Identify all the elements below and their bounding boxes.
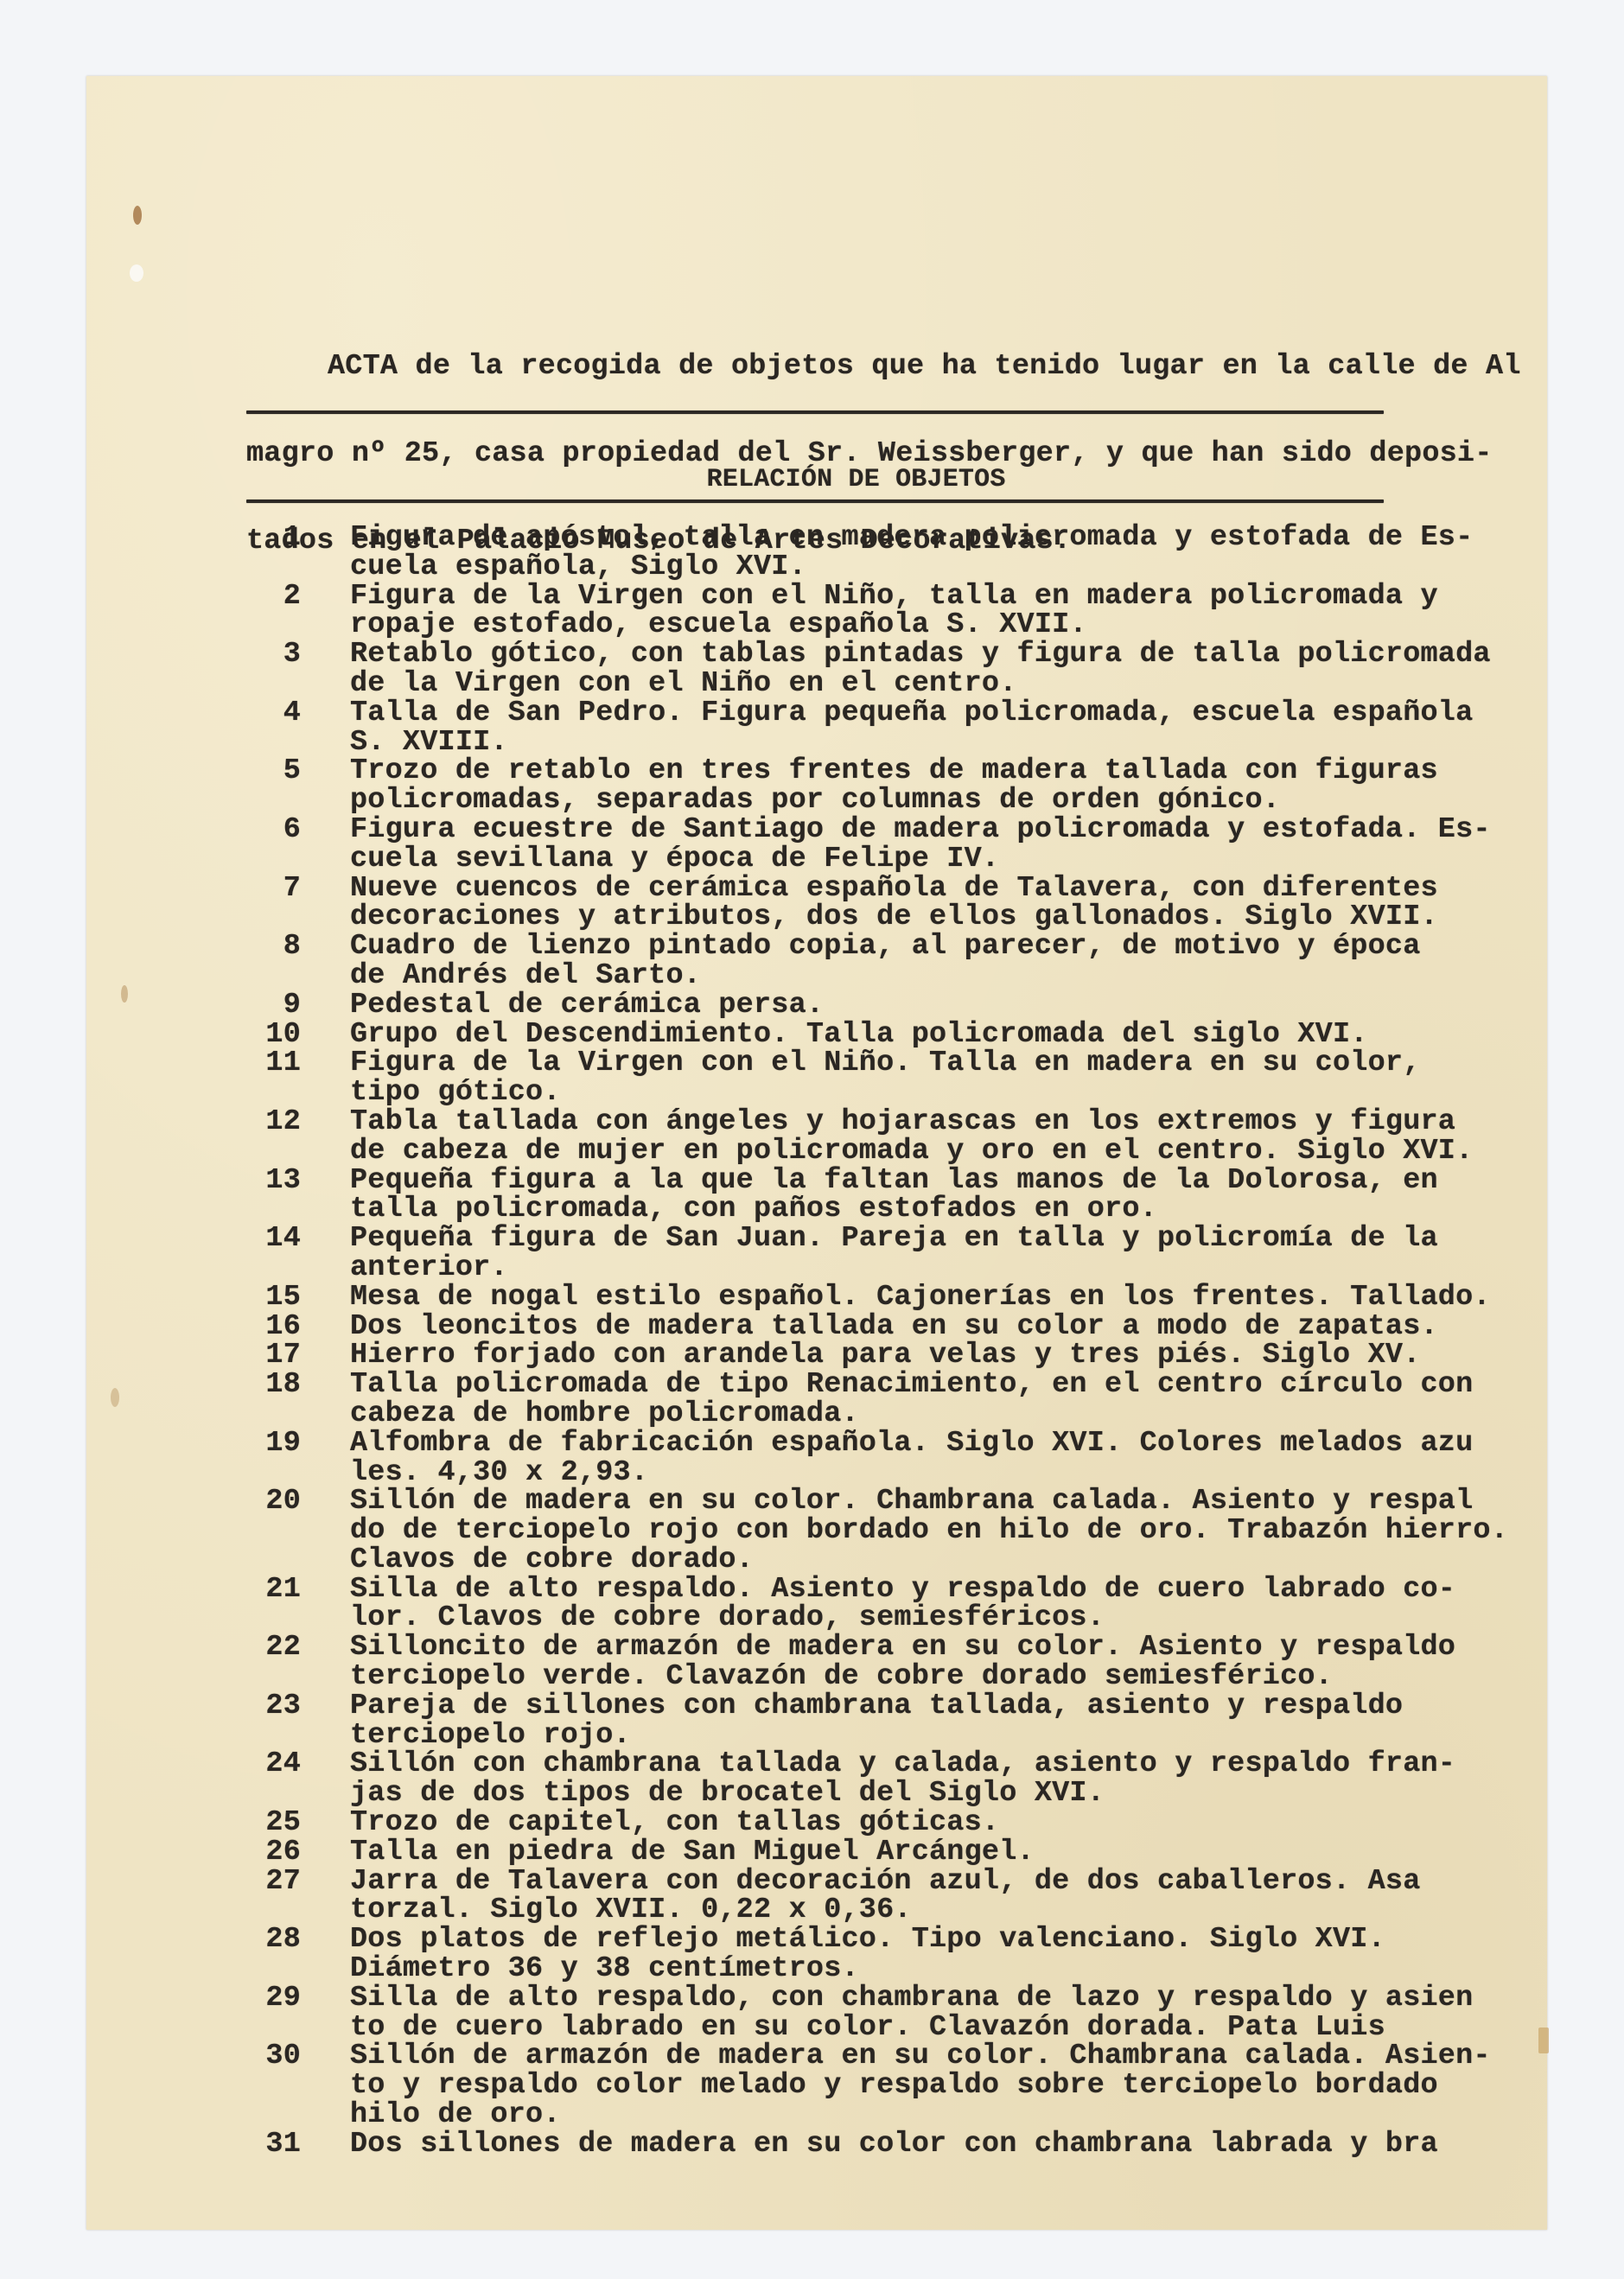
- item-description-line: Nueve cuencos de cerámica española de Ta…: [350, 875, 1469, 904]
- paper-mark: [121, 985, 128, 1003]
- item-description-line: Figura de apóstol, talla en madera polic…: [350, 524, 1473, 553]
- item-number: 24: [259, 1750, 301, 1779]
- item-number: 12: [259, 1108, 301, 1137]
- item-number: 8: [259, 933, 301, 962]
- item-number: 6: [259, 816, 301, 845]
- list-item: 8Cuadro de lienzo pintado copia, al pare…: [259, 933, 1469, 991]
- item-description-line: Retablo gótico, con tablas pintadas y fi…: [350, 640, 1491, 670]
- item-description-line: ropaje estofado, escuela española S. XVI…: [350, 611, 1469, 640]
- item-description-line: de cabeza de mujer en policromada y oro …: [350, 1137, 1473, 1167]
- list-item: 19Alfombra de fabricación española. Sigl…: [259, 1429, 1469, 1488]
- item-description-line: Sillón con chambrana tallada y calada, a…: [350, 1750, 1469, 1779]
- item-description: Dos sillones de madera en su color con c…: [350, 2130, 1469, 2160]
- item-number: 2: [259, 582, 301, 612]
- item-description-line: Hierro forjado con arandela para velas y…: [350, 1341, 1469, 1371]
- item-number: 4: [259, 699, 301, 729]
- item-description: Silla de alto respaldo, con chambrana de…: [350, 1984, 1473, 2043]
- list-item: 4Talla de San Pedro. Figura pequeña poli…: [259, 699, 1469, 758]
- item-number: 29: [259, 1984, 301, 2014]
- item-number: 25: [259, 1809, 301, 1838]
- item-description-line: Talla de San Pedro. Figura pequeña polic…: [350, 699, 1473, 729]
- item-description: Silloncito de armazón de madera en su co…: [350, 1633, 1469, 1692]
- item-number: 28: [259, 1926, 301, 1955]
- item-description-line: Silla de alto respaldo, con chambrana de…: [350, 1984, 1473, 2014]
- item-description: Figura de la Virgen con el Niño, talla e…: [350, 582, 1469, 641]
- item-description-line: Trozo de retablo en tres frentes de made…: [350, 757, 1469, 786]
- item-number: 19: [259, 1429, 301, 1459]
- list-item: 6Figura ecuestre de Santiago de madera p…: [259, 816, 1469, 875]
- list-item: 13Pequeña figura a la que la faltan las …: [259, 1167, 1469, 1225]
- item-description-line: Tabla tallada con ángeles y hojarascas e…: [350, 1108, 1473, 1137]
- item-description: Figura de la Virgen con el Niño. Talla e…: [350, 1049, 1469, 1108]
- item-description: Cuadro de lienzo pintado copia, al parec…: [350, 933, 1469, 991]
- item-description-line: Pedestal de cerámica persa.: [350, 991, 1469, 1021]
- list-item: 24Sillón con chambrana tallada y calada,…: [259, 1750, 1469, 1809]
- item-number: 13: [259, 1167, 301, 1196]
- item-description: Nueve cuencos de cerámica española de Ta…: [350, 875, 1469, 933]
- item-number: 20: [259, 1487, 301, 1517]
- item-description-line: Cuadro de lienzo pintado copia, al parec…: [350, 933, 1469, 962]
- item-description-line: de Andrés del Sarto.: [350, 962, 1469, 991]
- item-description: Pedestal de cerámica persa.: [350, 991, 1469, 1021]
- item-description: Hierro forjado con arandela para velas y…: [350, 1341, 1469, 1371]
- item-description: Dos platos de reflejo metálico. Tipo val…: [350, 1926, 1469, 1984]
- paper-damage-spot: [130, 264, 143, 282]
- item-number: 15: [259, 1283, 301, 1313]
- item-description-line: policromadas, separadas por columnas de …: [350, 786, 1469, 816]
- item-description: Figura de apóstol, talla en madera polic…: [350, 524, 1473, 582]
- item-description: Sillón con chambrana tallada y calada, a…: [350, 1750, 1469, 1809]
- item-description-line: Dos leoncitos de madera tallada en su co…: [350, 1313, 1469, 1342]
- item-description-line: anterior.: [350, 1254, 1469, 1283]
- list-item: 12Tabla tallada con ángeles y hojarascas…: [259, 1108, 1469, 1167]
- item-description-line: Trozo de capitel, con tallas góticas.: [350, 1809, 1469, 1838]
- item-description-line: talla policromada, con paños estofados e…: [350, 1195, 1469, 1225]
- item-description-line: Talla en piedra de San Miguel Arcángel.: [350, 1838, 1469, 1868]
- item-number: 22: [259, 1633, 301, 1663]
- typewritten-document-page: ACTA de la recogida de objetos que ha te…: [86, 76, 1547, 2230]
- item-description-line: Sillón de armazón de madera en su color.…: [350, 2042, 1491, 2072]
- item-description-line: les. 4,30 x 2,93.: [350, 1459, 1473, 1488]
- item-description-line: Diámetro 36 y 38 centímetros.: [350, 1955, 1469, 1984]
- item-number: 3: [259, 640, 301, 670]
- item-number: 17: [259, 1341, 301, 1371]
- item-description-line: Mesa de nogal estilo español. Cajonerías…: [350, 1283, 1491, 1313]
- list-item: 9Pedestal de cerámica persa.: [259, 991, 1469, 1021]
- list-item: 22Silloncito de armazón de madera en su …: [259, 1633, 1469, 1692]
- item-description-line: hilo de oro.: [350, 2101, 1491, 2130]
- item-description-line: cuela sevillana y época de Felipe IV.: [350, 845, 1491, 875]
- list-item: 2Figura de la Virgen con el Niño, talla …: [259, 582, 1469, 641]
- list-item: 14Pequeña figura de San Juan. Pareja en …: [259, 1225, 1469, 1283]
- item-description: Alfombra de fabricación española. Siglo …: [350, 1429, 1473, 1488]
- list-item: 20Sillón de madera en su color. Chambran…: [259, 1487, 1469, 1575]
- item-description: Pequeña figura de San Juan. Pareja en ta…: [350, 1225, 1469, 1283]
- edge-tear: [1538, 2028, 1549, 2053]
- item-description: Tabla tallada con ángeles y hojarascas e…: [350, 1108, 1473, 1167]
- divider-rule: [246, 411, 1384, 414]
- item-description: Trozo de retablo en tres frentes de made…: [350, 757, 1469, 816]
- item-description-line: Dos platos de reflejo metálico. Tipo val…: [350, 1926, 1469, 1955]
- item-number: 21: [259, 1576, 301, 1605]
- item-number: 16: [259, 1313, 301, 1342]
- list-item: 7Nueve cuencos de cerámica española de T…: [259, 875, 1469, 933]
- list-item: 27Jarra de Talavera con decoración azul,…: [259, 1868, 1469, 1926]
- list-item: 25Trozo de capitel, con tallas góticas.: [259, 1809, 1469, 1838]
- item-number: 14: [259, 1225, 301, 1254]
- item-description-line: Pequeña figura de San Juan. Pareja en ta…: [350, 1225, 1469, 1254]
- item-description-line: Dos sillones de madera en su color con c…: [350, 2130, 1469, 2160]
- item-number: 5: [259, 757, 301, 786]
- item-description: Retablo gótico, con tablas pintadas y fi…: [350, 640, 1491, 699]
- intro-line: ACTA de la recogida de objetos que ha te…: [246, 353, 1521, 382]
- item-description-line: cuela española, Siglo XVI.: [350, 553, 1473, 582]
- divider-rule: [246, 500, 1384, 503]
- item-number: 1: [259, 524, 301, 553]
- section-heading-text: RELACIÓN DE OBJETOS: [707, 465, 1006, 494]
- item-description-line: decoraciones y atributos, dos de ellos g…: [350, 903, 1469, 933]
- item-description-line: Pareja de sillones con chambrana tallada…: [350, 1692, 1469, 1722]
- rust-stain: [133, 206, 142, 225]
- item-description-line: lor. Clavos de cobre dorado, semiesféric…: [350, 1604, 1469, 1633]
- item-description-line: Figura de la Virgen con el Niño. Talla e…: [350, 1049, 1469, 1079]
- item-description-line: Clavos de cobre dorado.: [350, 1546, 1508, 1576]
- item-description-line: Grupo del Descendimiento. Talla policrom…: [350, 1021, 1469, 1050]
- item-number: 26: [259, 1838, 301, 1868]
- item-number: 31: [259, 2130, 301, 2160]
- item-number: 27: [259, 1868, 301, 1897]
- item-description-line: jas de dos tipos de brocatel del Siglo X…: [350, 1779, 1469, 1809]
- list-item: 29Silla de alto respaldo, con chambrana …: [259, 1984, 1469, 2043]
- item-description: Talla de San Pedro. Figura pequeña polic…: [350, 699, 1473, 758]
- item-number: 7: [259, 875, 301, 904]
- item-number: 30: [259, 2042, 301, 2072]
- item-description-line: tipo gótico.: [350, 1079, 1469, 1108]
- list-item: 30Sillón de armazón de madera en su colo…: [259, 2042, 1469, 2129]
- item-description-line: terciopelo rojo.: [350, 1722, 1469, 1751]
- item-description-line: do de terciopelo rojo con bordado en hil…: [350, 1517, 1508, 1546]
- item-number: 10: [259, 1021, 301, 1050]
- item-number: 18: [259, 1371, 301, 1400]
- list-item: 15Mesa de nogal estilo español. Cajonerí…: [259, 1283, 1469, 1313]
- list-item: 18Talla policromada de tipo Renacimiento…: [259, 1371, 1469, 1429]
- item-number: 11: [259, 1049, 301, 1079]
- item-description-line: to de cuero labrado en su color. Clavazó…: [350, 2014, 1473, 2043]
- object-list: 1Figura de apóstol, talla en madera poli…: [259, 524, 1469, 2160]
- list-item: 26Talla en piedra de San Miguel Arcángel…: [259, 1838, 1469, 1868]
- item-description-line: Sillón de madera en su color. Chambrana …: [350, 1487, 1508, 1517]
- list-item: 10Grupo del Descendimiento. Talla policr…: [259, 1021, 1469, 1050]
- item-number: 9: [259, 991, 301, 1021]
- item-description-line: torzal. Siglo XVII. 0,22 x 0,36.: [350, 1896, 1469, 1926]
- item-description-line: to y respaldo color melado y respaldo so…: [350, 2072, 1491, 2101]
- paper-mark: [111, 1388, 119, 1407]
- item-description: Mesa de nogal estilo español. Cajonerías…: [350, 1283, 1491, 1313]
- list-item: 21Silla de alto respaldo. Asiento y resp…: [259, 1576, 1469, 1634]
- item-description-line: Figura ecuestre de Santiago de madera po…: [350, 816, 1491, 845]
- item-description-line: S. XVIII.: [350, 729, 1473, 758]
- item-description-line: terciopelo verde. Clavazón de cobre dora…: [350, 1663, 1469, 1692]
- item-description: Jarra de Talavera con decoración azul, d…: [350, 1868, 1469, 1926]
- item-description-line: Figura de la Virgen con el Niño, talla e…: [350, 582, 1469, 612]
- item-description: Pequeña figura a la que la faltan las ma…: [350, 1167, 1469, 1225]
- item-description: Figura ecuestre de Santiago de madera po…: [350, 816, 1491, 875]
- list-item: 31Dos sillones de madera en su color con…: [259, 2130, 1469, 2160]
- item-description: Dos leoncitos de madera tallada en su co…: [350, 1313, 1469, 1342]
- item-description: Grupo del Descendimiento. Talla policrom…: [350, 1021, 1469, 1050]
- item-description: Talla policromada de tipo Renacimiento, …: [350, 1371, 1473, 1429]
- item-description: Talla en piedra de San Miguel Arcángel.: [350, 1838, 1469, 1868]
- list-item: 3Retablo gótico, con tablas pintadas y f…: [259, 640, 1469, 699]
- item-description: Sillón de armazón de madera en su color.…: [350, 2042, 1491, 2129]
- item-description-line: Pequeña figura a la que la faltan las ma…: [350, 1167, 1469, 1196]
- item-description-line: de la Virgen con el Niño en el centro.: [350, 670, 1491, 699]
- item-description-line: cabeza de hombre policromada.: [350, 1400, 1473, 1429]
- item-description: Silla de alto respaldo. Asiento y respal…: [350, 1576, 1469, 1634]
- section-heading: RELACIÓN DE OBJETOS: [86, 436, 1547, 524]
- list-item: 1Figura de apóstol, talla en madera poli…: [259, 524, 1469, 582]
- list-item: 5Trozo de retablo en tres frentes de mad…: [259, 757, 1469, 816]
- item-description: Trozo de capitel, con tallas góticas.: [350, 1809, 1469, 1838]
- item-description-line: Alfombra de fabricación española. Siglo …: [350, 1429, 1473, 1459]
- item-description-line: Silla de alto respaldo. Asiento y respal…: [350, 1576, 1469, 1605]
- list-item: 17Hierro forjado con arandela para velas…: [259, 1341, 1469, 1371]
- list-item: 11Figura de la Virgen con el Niño. Talla…: [259, 1049, 1469, 1108]
- list-item: 23Pareja de sillones con chambrana talla…: [259, 1692, 1469, 1751]
- item-description-line: Jarra de Talavera con decoración azul, d…: [350, 1868, 1469, 1897]
- item-description-line: Silloncito de armazón de madera en su co…: [350, 1633, 1469, 1663]
- item-number: 23: [259, 1692, 301, 1722]
- item-description: Pareja de sillones con chambrana tallada…: [350, 1692, 1469, 1751]
- item-description: Sillón de madera en su color. Chambrana …: [350, 1487, 1508, 1575]
- list-item: 16Dos leoncitos de madera tallada en su …: [259, 1313, 1469, 1342]
- list-item: 28Dos platos de reflejo metálico. Tipo v…: [259, 1926, 1469, 1984]
- item-description-line: Talla policromada de tipo Renacimiento, …: [350, 1371, 1473, 1400]
